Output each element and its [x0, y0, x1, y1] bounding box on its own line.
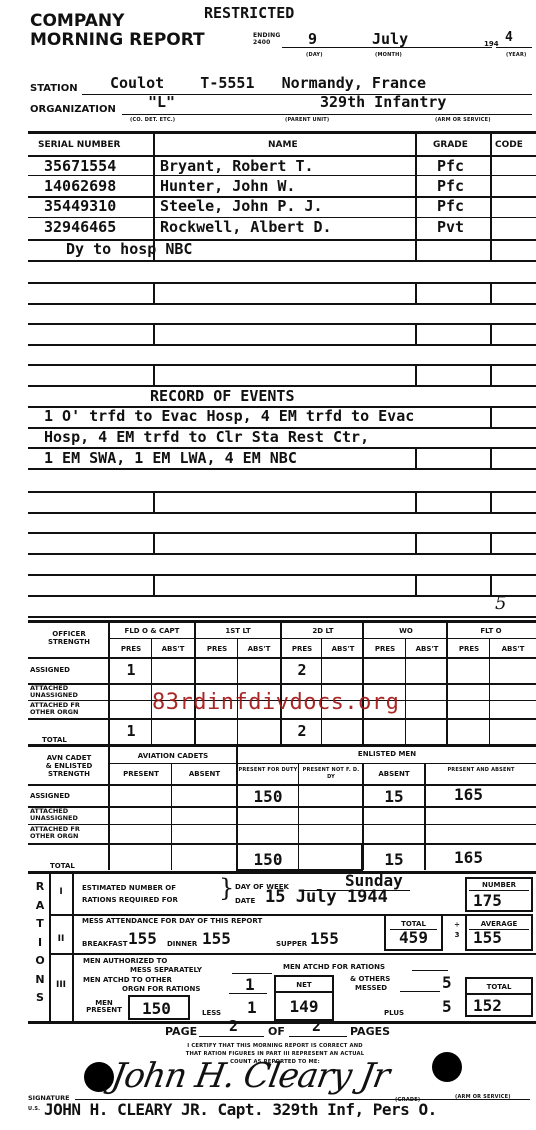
section-border — [28, 620, 536, 623]
organization-parent: 329th Infantry — [320, 93, 446, 111]
ruled-line — [28, 303, 536, 305]
ruled-line — [28, 574, 536, 576]
col-divider — [490, 133, 492, 261]
section-border — [28, 871, 536, 874]
number-value: 175 — [473, 891, 502, 910]
group-header: 1ST LT — [196, 627, 280, 635]
serial-cell: 32946465 — [44, 218, 116, 236]
ruled-line — [28, 282, 536, 284]
atchd-for-rations-label-1: MEN ATCHD FOR RATIONS — [283, 963, 385, 971]
row-label-attached-other: ATTACHED FR OTHER ORGN — [30, 702, 105, 716]
signer-prefix: U.S. — [28, 1106, 40, 1112]
ending-label: ENDING 2400 — [253, 32, 280, 46]
col-header-present-not-fd: PRESENT NOT F. D. DY — [300, 767, 362, 781]
event-line: 1 EM SWA, 1 EM LWA, 4 EM NBC — [44, 449, 297, 467]
binder-hole-right — [432, 1052, 462, 1082]
signature: John H. Cleary Jr — [108, 1056, 391, 1096]
report-month: July — [372, 30, 408, 48]
organization-underline — [122, 114, 532, 115]
record-of-events-title: RECORD OF EVENTS — [150, 387, 295, 405]
less-value: 1 — [247, 998, 257, 1017]
attached-other-value: 1 — [245, 975, 255, 994]
col-divider — [490, 282, 492, 303]
present-and-absent-total: 165 — [426, 848, 511, 867]
col-divider — [108, 622, 110, 744]
ruled-line — [28, 595, 536, 597]
ruled-line — [28, 512, 536, 514]
authorized-label-2: MESS SEPARATELY — [130, 966, 202, 974]
attached-other-label-1: MEN ATCHD TO OTHER — [83, 976, 172, 984]
authorized-underline — [232, 973, 272, 974]
atchd-for-rations-label-2: & OTHERS — [350, 975, 390, 983]
form-title: COMPANY MORNING REPORT — [30, 12, 205, 50]
name-cell: Rockwell, Albert D. — [160, 218, 332, 236]
mess-attendance-label: MESS ATTENDANCE FOR DAY OF THIS REPORT — [82, 917, 262, 925]
ruled-line — [28, 364, 536, 366]
station-label: STATION — [30, 83, 78, 94]
enlisted-men-header: ENLISTED MEN — [238, 750, 536, 758]
grade-cell: Pfc — [437, 197, 464, 215]
breakfast-label: BREAKFAST — [82, 940, 128, 948]
col-divider — [415, 133, 417, 261]
col-header-absent: ABSENT — [173, 770, 236, 778]
col-divider — [415, 282, 417, 303]
ruled-line — [28, 323, 536, 325]
rations-vertical-label: R A T I O N S — [34, 878, 46, 1008]
signer-name: JOHN H. CLEARY JR. Capt. 329th Inf, Pers… — [44, 1100, 437, 1119]
section-border — [28, 744, 536, 747]
grade-cell: Pvt — [437, 218, 464, 236]
ruled-line — [110, 638, 536, 639]
average-box: AVERAGE 155 — [465, 914, 533, 951]
page-label: PAGE — [165, 1025, 197, 1038]
page-underline — [199, 1036, 264, 1037]
authorized-label-1: MEN AUTHORIZED TO — [83, 957, 167, 965]
col-divider — [108, 746, 110, 870]
section-i-numeral: I — [50, 887, 72, 897]
rations-total-value: 152 — [473, 996, 502, 1015]
col-divider — [415, 364, 417, 385]
row-label-assigned: ASSIGNED — [30, 666, 70, 674]
em-absent-total: 15 — [364, 850, 424, 869]
sub-header-abst: ABS'T — [152, 645, 194, 653]
present-for-duty-assigned: 150 — [238, 787, 298, 806]
serial-cell: 35671554 — [44, 157, 116, 175]
arm-caption-footer: (ARM OR SERVICE) — [455, 1094, 511, 1100]
col-header-present-and-absent: PRESENT AND ABSENT — [426, 767, 536, 774]
net-box: NET 149 — [274, 975, 334, 1021]
row-divider — [28, 175, 536, 176]
fld-capt-pres-total: 1 — [110, 722, 152, 740]
sub-header-pres: PRES — [110, 645, 152, 653]
report-day: 9 — [308, 30, 317, 48]
watermark-text: 83rdinfdivdocs.org — [152, 690, 399, 715]
ruled-line — [28, 553, 536, 555]
col-divider — [280, 622, 282, 744]
col-divider — [194, 622, 196, 744]
date-value: 15 July 1944 — [265, 887, 388, 907]
sub-header-abst: ABS'T — [322, 645, 364, 653]
col-divider — [72, 874, 74, 1022]
net-value: 149 — [276, 997, 332, 1016]
divide-by-three: ÷ 3 — [453, 920, 461, 940]
ruled-line — [28, 657, 536, 659]
dinner-label: DINNER — [167, 940, 197, 948]
2d-lt-pres-total: 2 — [282, 722, 322, 740]
arm-caption: (ARM OR SERVICE) — [435, 117, 491, 123]
col-divider — [490, 574, 492, 595]
col-divider — [153, 491, 155, 512]
section-ii-numeral: II — [50, 934, 72, 944]
pages-underline — [289, 1036, 347, 1037]
parent-caption: (PARENT UNIT) — [285, 117, 329, 123]
ruled-line — [28, 616, 536, 618]
row-label-attached-unassigned: ATTACHED UNASSIGNED — [30, 808, 105, 822]
name-cell: Bryant, Robert T. — [160, 157, 314, 175]
dinner-value: 155 — [202, 929, 231, 948]
total-pages: 2 — [312, 1017, 321, 1035]
mess-total-box: TOTAL 459 — [384, 914, 443, 951]
officer-strength-title: OFFICER STRENGTH — [30, 630, 108, 646]
col-divider — [490, 532, 492, 553]
col-divider — [490, 447, 492, 468]
2d-lt-pres-assigned: 2 — [282, 661, 322, 679]
col-divider — [153, 574, 155, 595]
year-underline — [496, 47, 532, 48]
sub-header-pres: PRES — [448, 645, 490, 653]
attached-other-label-2: ORGN FOR RATIONS — [122, 985, 200, 993]
ruled-line — [49, 953, 536, 955]
ruled-line — [28, 718, 536, 720]
col-divider — [405, 639, 406, 744]
serial-cell: 35449310 — [44, 197, 116, 215]
men-present-label: MEN PRESENT — [84, 1000, 124, 1014]
sub-header-pres: PRES — [364, 645, 406, 653]
grade-cell: Pfc — [437, 177, 464, 195]
company-caption: (CO. DET. ETC.) — [130, 117, 175, 123]
atchd-for-rations-underline — [412, 970, 448, 971]
col-divider — [415, 323, 417, 344]
section-border — [28, 1021, 536, 1024]
col-divider — [415, 447, 417, 468]
col-divider — [362, 622, 364, 744]
event-line: 1 O' trfd to Evac Hosp, 4 EM trfd to Eva… — [44, 407, 414, 425]
plus-label: PLUS — [384, 1009, 404, 1017]
organization-company: "L" — [148, 93, 175, 111]
col-divider — [424, 764, 426, 870]
plus-value: 5 — [442, 997, 452, 1016]
of-label: OF — [268, 1025, 285, 1038]
classification-label: RESTRICTED — [204, 4, 294, 22]
margin-mark: 5 — [495, 593, 506, 614]
organization-label: ORGANIZATION — [30, 104, 116, 115]
col-divider — [415, 491, 417, 512]
col-header-present-for-duty: PRESENT FOR DUTY — [238, 767, 298, 774]
row-label-total: TOTAL — [50, 862, 75, 870]
section-i-label: ESTIMATED NUMBER OF RATIONS REQUIRED FOR — [82, 882, 178, 906]
group-header: 2D LT — [282, 627, 364, 635]
ruled-line — [28, 491, 536, 493]
breakfast-value: 155 — [128, 929, 157, 948]
col-header-serial: SERIAL NUMBER — [38, 140, 120, 150]
brace-icon: } — [219, 876, 234, 900]
month-caption: (MONTH) — [375, 52, 402, 58]
group-header: FLT O — [448, 627, 534, 635]
enlisted-strength-title: AVN CADET & ENLISTED STRENGTH — [30, 754, 108, 778]
supper-value: 155 — [310, 929, 339, 948]
atchd-for-rations-label-3: MESSED — [355, 984, 387, 992]
fld-capt-pres-assigned: 1 — [110, 661, 152, 679]
sub-header-abst: ABS'T — [238, 645, 280, 653]
ruled-line — [28, 344, 536, 346]
day-caption: (DAY) — [306, 52, 323, 58]
atchd-for-rations-value: 5 — [442, 973, 452, 992]
mess-total-value: 459 — [386, 928, 441, 947]
rations-total-box: TOTAL 152 — [465, 977, 533, 1017]
section-iii-numeral: III — [50, 980, 72, 990]
men-present-value: 150 — [142, 999, 171, 1018]
row-divider — [28, 260, 536, 262]
ruled-line — [28, 468, 536, 470]
col-header-name: NAME — [268, 140, 298, 150]
year-caption: (YEAR) — [506, 52, 527, 58]
row-label-assigned: ASSIGNED — [30, 792, 70, 800]
col-divider — [490, 364, 492, 385]
row-label-attached-other: ATTACHED FR OTHER ORGN — [30, 826, 105, 840]
group-header: WO — [364, 627, 448, 635]
col-divider — [490, 491, 492, 512]
col-divider — [153, 364, 155, 385]
grade-cell: Pfc — [437, 157, 464, 175]
date-label: DATE — [235, 897, 255, 905]
group-header: FLD O & CAPT — [110, 627, 194, 635]
sub-header-abst: ABS'T — [490, 645, 536, 653]
ruled-line — [28, 532, 536, 534]
col-divider — [415, 532, 417, 553]
men-present-box: 150 — [128, 995, 190, 1020]
col-header-present: PRESENT — [110, 770, 172, 778]
less-label: LESS — [202, 1009, 221, 1017]
pages-label: PAGES — [350, 1025, 390, 1038]
col-divider — [153, 323, 155, 344]
present-and-absent-assigned: 165 — [426, 785, 511, 804]
col-divider — [446, 622, 448, 744]
ruled-line — [110, 763, 536, 764]
station-value: Coulot T-5551 Normandy, France — [110, 74, 426, 92]
form-title-line2: MORNING REPORT — [30, 31, 205, 50]
table-top-border — [28, 131, 536, 134]
event-line: Hosp, 4 EM trfd to Clr Sta Rest Ctr, — [44, 428, 369, 446]
supper-label: SUPPER — [276, 940, 307, 948]
aviation-cadets-header: AVIATION CADETS — [110, 752, 236, 760]
page-number: 2 — [229, 1017, 238, 1035]
col-header-code: CODE — [495, 140, 523, 150]
serial-cell: 14062698 — [44, 177, 116, 195]
col-divider — [490, 406, 492, 427]
col-header-grade: GRADE — [433, 140, 468, 150]
messed-underline — [400, 991, 440, 992]
sub-header-abst: ABS'T — [406, 645, 448, 653]
sub-header-pres: PRES — [196, 645, 238, 653]
total-highlight-box — [236, 843, 363, 871]
form-title-line1: COMPANY — [30, 12, 205, 31]
report-year: 4 — [505, 30, 513, 45]
remark-text: Dy to hosp NBC — [66, 240, 192, 258]
col-divider — [153, 282, 155, 303]
em-absent-assigned: 15 — [364, 787, 424, 806]
col-divider — [489, 639, 490, 744]
name-cell: Hunter, John W. — [160, 177, 295, 195]
ruled-line — [28, 824, 536, 825]
col-divider — [153, 532, 155, 553]
col-divider — [415, 574, 417, 595]
col-header-em-absent: ABSENT — [364, 770, 424, 778]
sub-header-pres: PRES — [282, 645, 322, 653]
col-divider — [153, 133, 155, 261]
average-value: 155 — [473, 928, 502, 947]
row-label-attached-unassigned: ATTACHED UNASSIGNED — [30, 685, 105, 699]
col-divider — [171, 764, 172, 870]
name-cell: Steele, John P. J. — [160, 197, 323, 215]
number-box: NUMBER 175 — [465, 877, 533, 912]
col-divider — [490, 323, 492, 344]
ruled-line — [49, 914, 72, 916]
row-label-total: TOTAL — [42, 736, 67, 744]
